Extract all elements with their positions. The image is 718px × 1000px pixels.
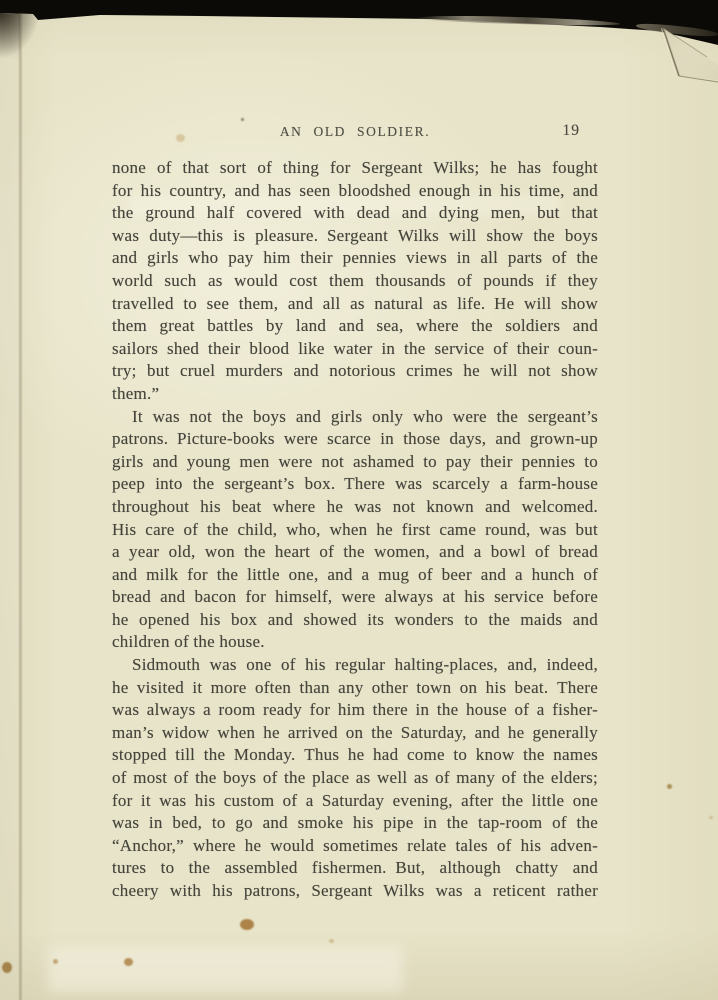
text-line: patrons. Picture-books were scarce in th… [112,428,598,451]
book-scan: AN OLD SOLDIER. 19 none of that sort of … [0,0,718,1000]
text-line: cheery with his patrons, Sergeant Wilks … [112,880,598,903]
foxing-spot [176,134,185,142]
book-page: AN OLD SOLDIER. 19 none of that sort of … [0,0,718,1000]
foxing-spot [667,784,672,789]
text-line: and girls who pay him their pennies view… [112,247,598,270]
text-line: for it was his custom of a Saturday even… [112,790,598,813]
page-number: 19 [545,122,580,140]
page-body-text: none of that sort of thing for Sergeant … [112,157,598,903]
text-line: none of that sort of thing for Sergeant … [112,157,598,180]
foxing-spot [240,919,254,930]
text-line: travelled to see them, and all as natura… [112,293,598,316]
text-line: was in bed, to go and smoke his pipe in … [112,812,598,835]
text-line: throughout his beat where he was not kno… [112,496,598,519]
foxing-spot [709,816,713,819]
text-line: tures to the assembled fishermen. But, a… [112,857,598,880]
text-line: children of the house. [112,631,598,654]
gutter-strip [0,0,20,1000]
text-line: “Anchor,” where he would sometimes relat… [112,835,598,858]
top-left-shadow [0,8,42,60]
text-line: peep into the sergeant’s box. There was … [112,473,598,496]
text-line: stopped till the Monday. Thus he had com… [112,744,598,767]
text-line: for his country, and has seen bloodshed … [112,180,598,203]
text-line: the ground half covered with dead and dy… [112,202,598,225]
text-line: a year old, won the heart of the women, … [112,541,598,564]
text-line: Sidmouth was one of his regular halting-… [112,654,598,677]
text-line: of most of the boys of the place as well… [112,767,598,790]
foxing-spot [124,958,133,966]
text-line: was duty—this is pleasure. Sergeant Wilk… [112,225,598,248]
scan-light-band [48,946,403,992]
text-line: them great battles by land and sea, wher… [112,315,598,338]
foxing-spot [241,118,244,121]
text-line: girls and young men were not ashamed to … [112,451,598,474]
corner-fold [615,18,718,93]
text-line: sailors shed their blood like water in t… [112,338,598,361]
gutter-seam [18,12,23,1000]
foxing-spot [2,962,12,973]
text-line: try; but cruel murders and notorious cri… [112,360,598,383]
text-line: His care of the child, who, when he firs… [112,519,598,542]
text-line: world such as would cost them thousands … [112,270,598,293]
text-line: bread and bacon for himself, were always… [112,586,598,609]
foxing-spot [329,939,334,943]
text-line: he visited it more often than any other … [112,677,598,700]
text-line: man’s widow when he arrived on the Satur… [112,722,598,745]
text-line: was always a room ready for him there in… [112,699,598,722]
text-line: It was not the boys and girls only who w… [112,406,598,429]
text-line: and milk for the little one, and a mug o… [112,564,598,587]
text-line: he opened his box and showed its wonders… [112,609,598,632]
text-line: them.” [112,383,598,406]
foxing-spot [53,959,58,964]
